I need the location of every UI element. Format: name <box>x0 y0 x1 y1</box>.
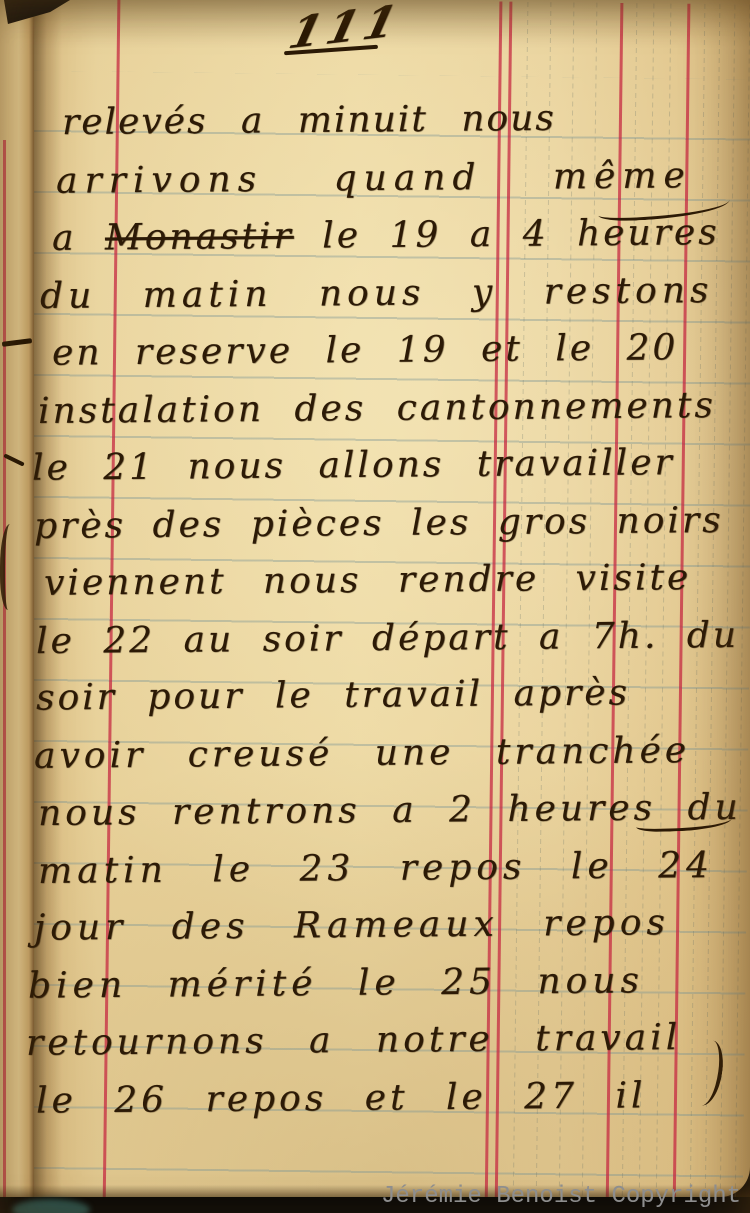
manuscript-line: avoir creusé une tranchée <box>34 730 690 777</box>
struck-word: Monastir <box>105 216 294 259</box>
copyright-watermark: Jérémie Benoist Copyright 2008 <box>381 1183 750 1210</box>
manuscript-line: le 21 nous allons travailler <box>32 442 675 489</box>
manuscript-line: jour des Rameaux repos <box>34 902 670 949</box>
manuscript-text: le 26 repos et le 27 il <box>36 1075 647 1121</box>
manuscript-text: en reserve le 19 et le 20 <box>52 327 679 373</box>
manuscript-text: viennent nous rendre visite <box>44 557 692 604</box>
manuscript-line: instalation des cantonnements <box>38 385 716 432</box>
manuscript-line: viennent nous rendre visite <box>44 557 692 604</box>
manuscript-line: retournons a notre travail <box>26 1017 682 1064</box>
manuscript-text: instalation des cantonnements <box>38 385 716 432</box>
manuscript-line: le 26 repos et le 27 il <box>36 1075 647 1121</box>
manuscript-line: soir pour le travail après <box>36 672 630 718</box>
manuscript-text: près des pièces les gros noirs <box>34 500 724 547</box>
margin-ink-mark <box>0 524 20 610</box>
manuscript-text: soir pour le travail après <box>36 672 630 718</box>
scanned-diary-page: 111 relevés a minuit nous arrivons quand… <box>0 0 750 1213</box>
manuscript-text: le 21 nous allons travailler <box>32 442 675 489</box>
adjacent-page-red-rule <box>3 140 6 1201</box>
manuscript-line: bien mérité le 25 nous <box>28 960 644 1006</box>
manuscript-text: bien mérité le 25 nous <box>28 960 644 1006</box>
manuscript-line: arrivons quand même <box>56 155 692 202</box>
manuscript-line: matin le 23 repos le 24 <box>38 845 714 892</box>
manuscript-text: avoir creusé une tranchée <box>34 730 690 777</box>
manuscript-line: le 22 au soir départ a 7h. du <box>36 615 739 662</box>
manuscript-text: jour des Rameaux repos <box>34 902 670 949</box>
manuscript-text: le 22 au soir départ a 7h. du <box>36 615 739 662</box>
manuscript-text: a <box>52 217 105 258</box>
manuscript-text: matin le 23 repos le 24 <box>38 845 714 892</box>
manuscript-text: relevés a minuit nous <box>62 98 556 143</box>
manuscript-text: arrivons quand même <box>56 155 692 202</box>
manuscript-line: du matin nous y restons <box>40 270 714 317</box>
manuscript-text: du matin nous y restons <box>40 270 714 317</box>
manuscript-line: relevés a minuit nous <box>62 98 556 143</box>
manuscript-line: près des pièces les gros noirs <box>34 500 724 547</box>
manuscript-line: en reserve le 19 et le 20 <box>52 327 679 373</box>
manuscript-text: retournons a notre travail <box>26 1017 682 1064</box>
